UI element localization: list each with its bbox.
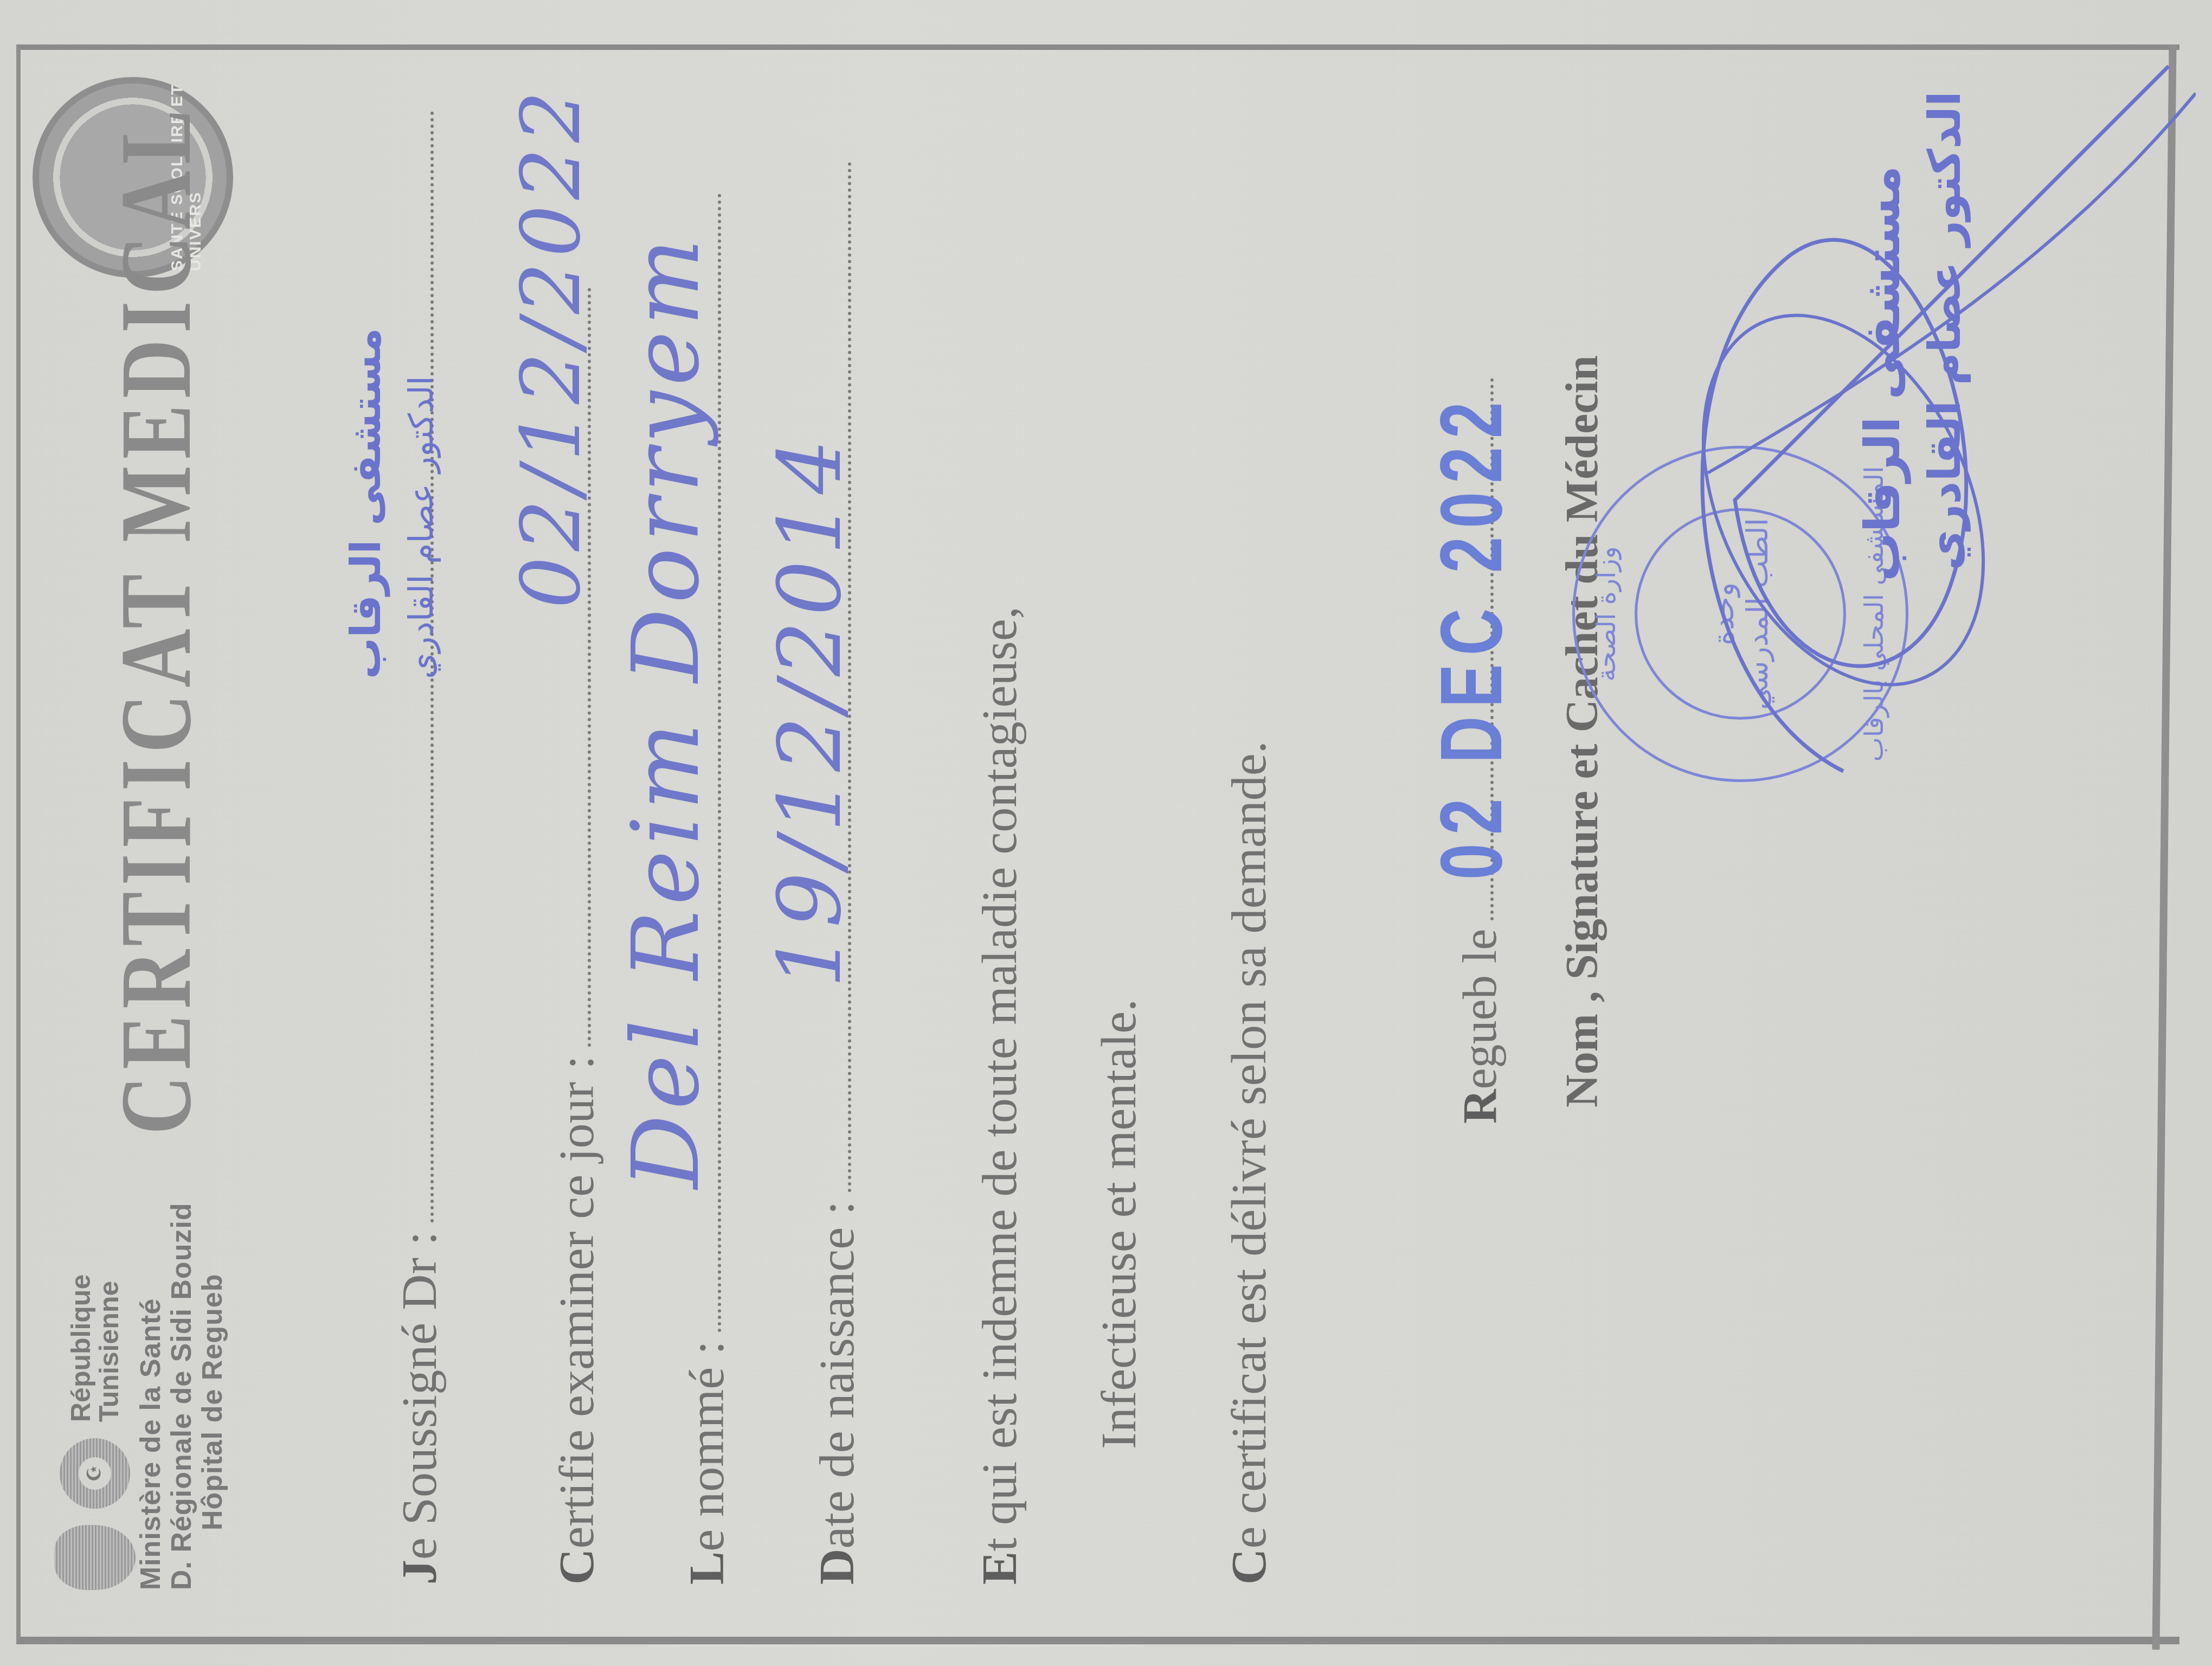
certificate-page: ☪ République Tunisienne Ministère de la … [0,0,2212,1666]
patient-name-value: Del Reim Dorryem [613,233,720,1189]
patient-name-label-dropcap: L [678,1552,735,1585]
document-title: CERTIFICAT MEDICAL [98,104,214,1135]
statement-line-2: Infectieuse et mentale. [1090,999,1147,1449]
issue-place-dropcap: R [1453,1089,1508,1124]
country-line-1: République [67,1274,95,1422]
issue-date-stamp: 02 DEC 2022 [1420,394,1521,880]
doctor-field: J e Soussigné Dr : [390,111,448,1585]
statement-dropcap: E [970,1552,1028,1585]
statement-line-1: E t qui est indemne de toute maladie con… [970,606,1028,1585]
doctor-stamp-name: الدكتور عصام القادري [401,376,441,679]
exam-date-label: ertifie examiner ce jour : [548,1055,605,1548]
country-name: République Tunisienne [67,1274,124,1422]
country-line-2: Tunisienne [95,1274,124,1422]
statement-text-1: t qui est indemne de toute maladie conta… [970,606,1028,1551]
doctor-signature [1572,39,2196,853]
hospital-name: Hôpital de Regueb [197,1178,228,1590]
exam-date-value: 02/12/2022 [504,85,599,608]
tunisia-coat-of-arms-icon [54,1525,136,1590]
regional-directorate: D. Régionale de Sidi Bouzid [166,1178,197,1590]
doctor-stamp-hospital: مستشفى الرقاب [342,328,390,679]
birth-date-value: 19/12/2014 [759,434,860,988]
ministry-name: Ministère de la Santé [136,1178,166,1590]
statement-text-2: Infectieuse et mentale. [1090,999,1147,1449]
patient-name-label: e nommé : [678,1341,735,1551]
doctor-label: e Soussigné Dr : [390,1231,448,1560]
exam-date-label-dropcap: C [548,1549,605,1585]
crescent-star-seal-icon: ☪ [60,1438,130,1509]
delivery-dropcap: C [1220,1549,1277,1585]
crescent-star-glyph: ☪ [79,1457,111,1490]
letterhead: ☪ République Tunisienne Ministère de la … [54,1178,229,1590]
birth-date-label-dropcap: D [808,1549,865,1585]
doctor-label-dropcap: J [390,1560,448,1585]
emblems-row: ☪ République Tunisienne [54,1178,136,1590]
statement-line-3: C e certificat est délivré selon sa dema… [1220,741,1277,1585]
statement-text-3: e certificat est délivré selon sa demand… [1220,741,1277,1548]
issue-place-label: egueb le [1453,929,1508,1090]
birth-date-label: ate de naissance : [808,1201,865,1548]
